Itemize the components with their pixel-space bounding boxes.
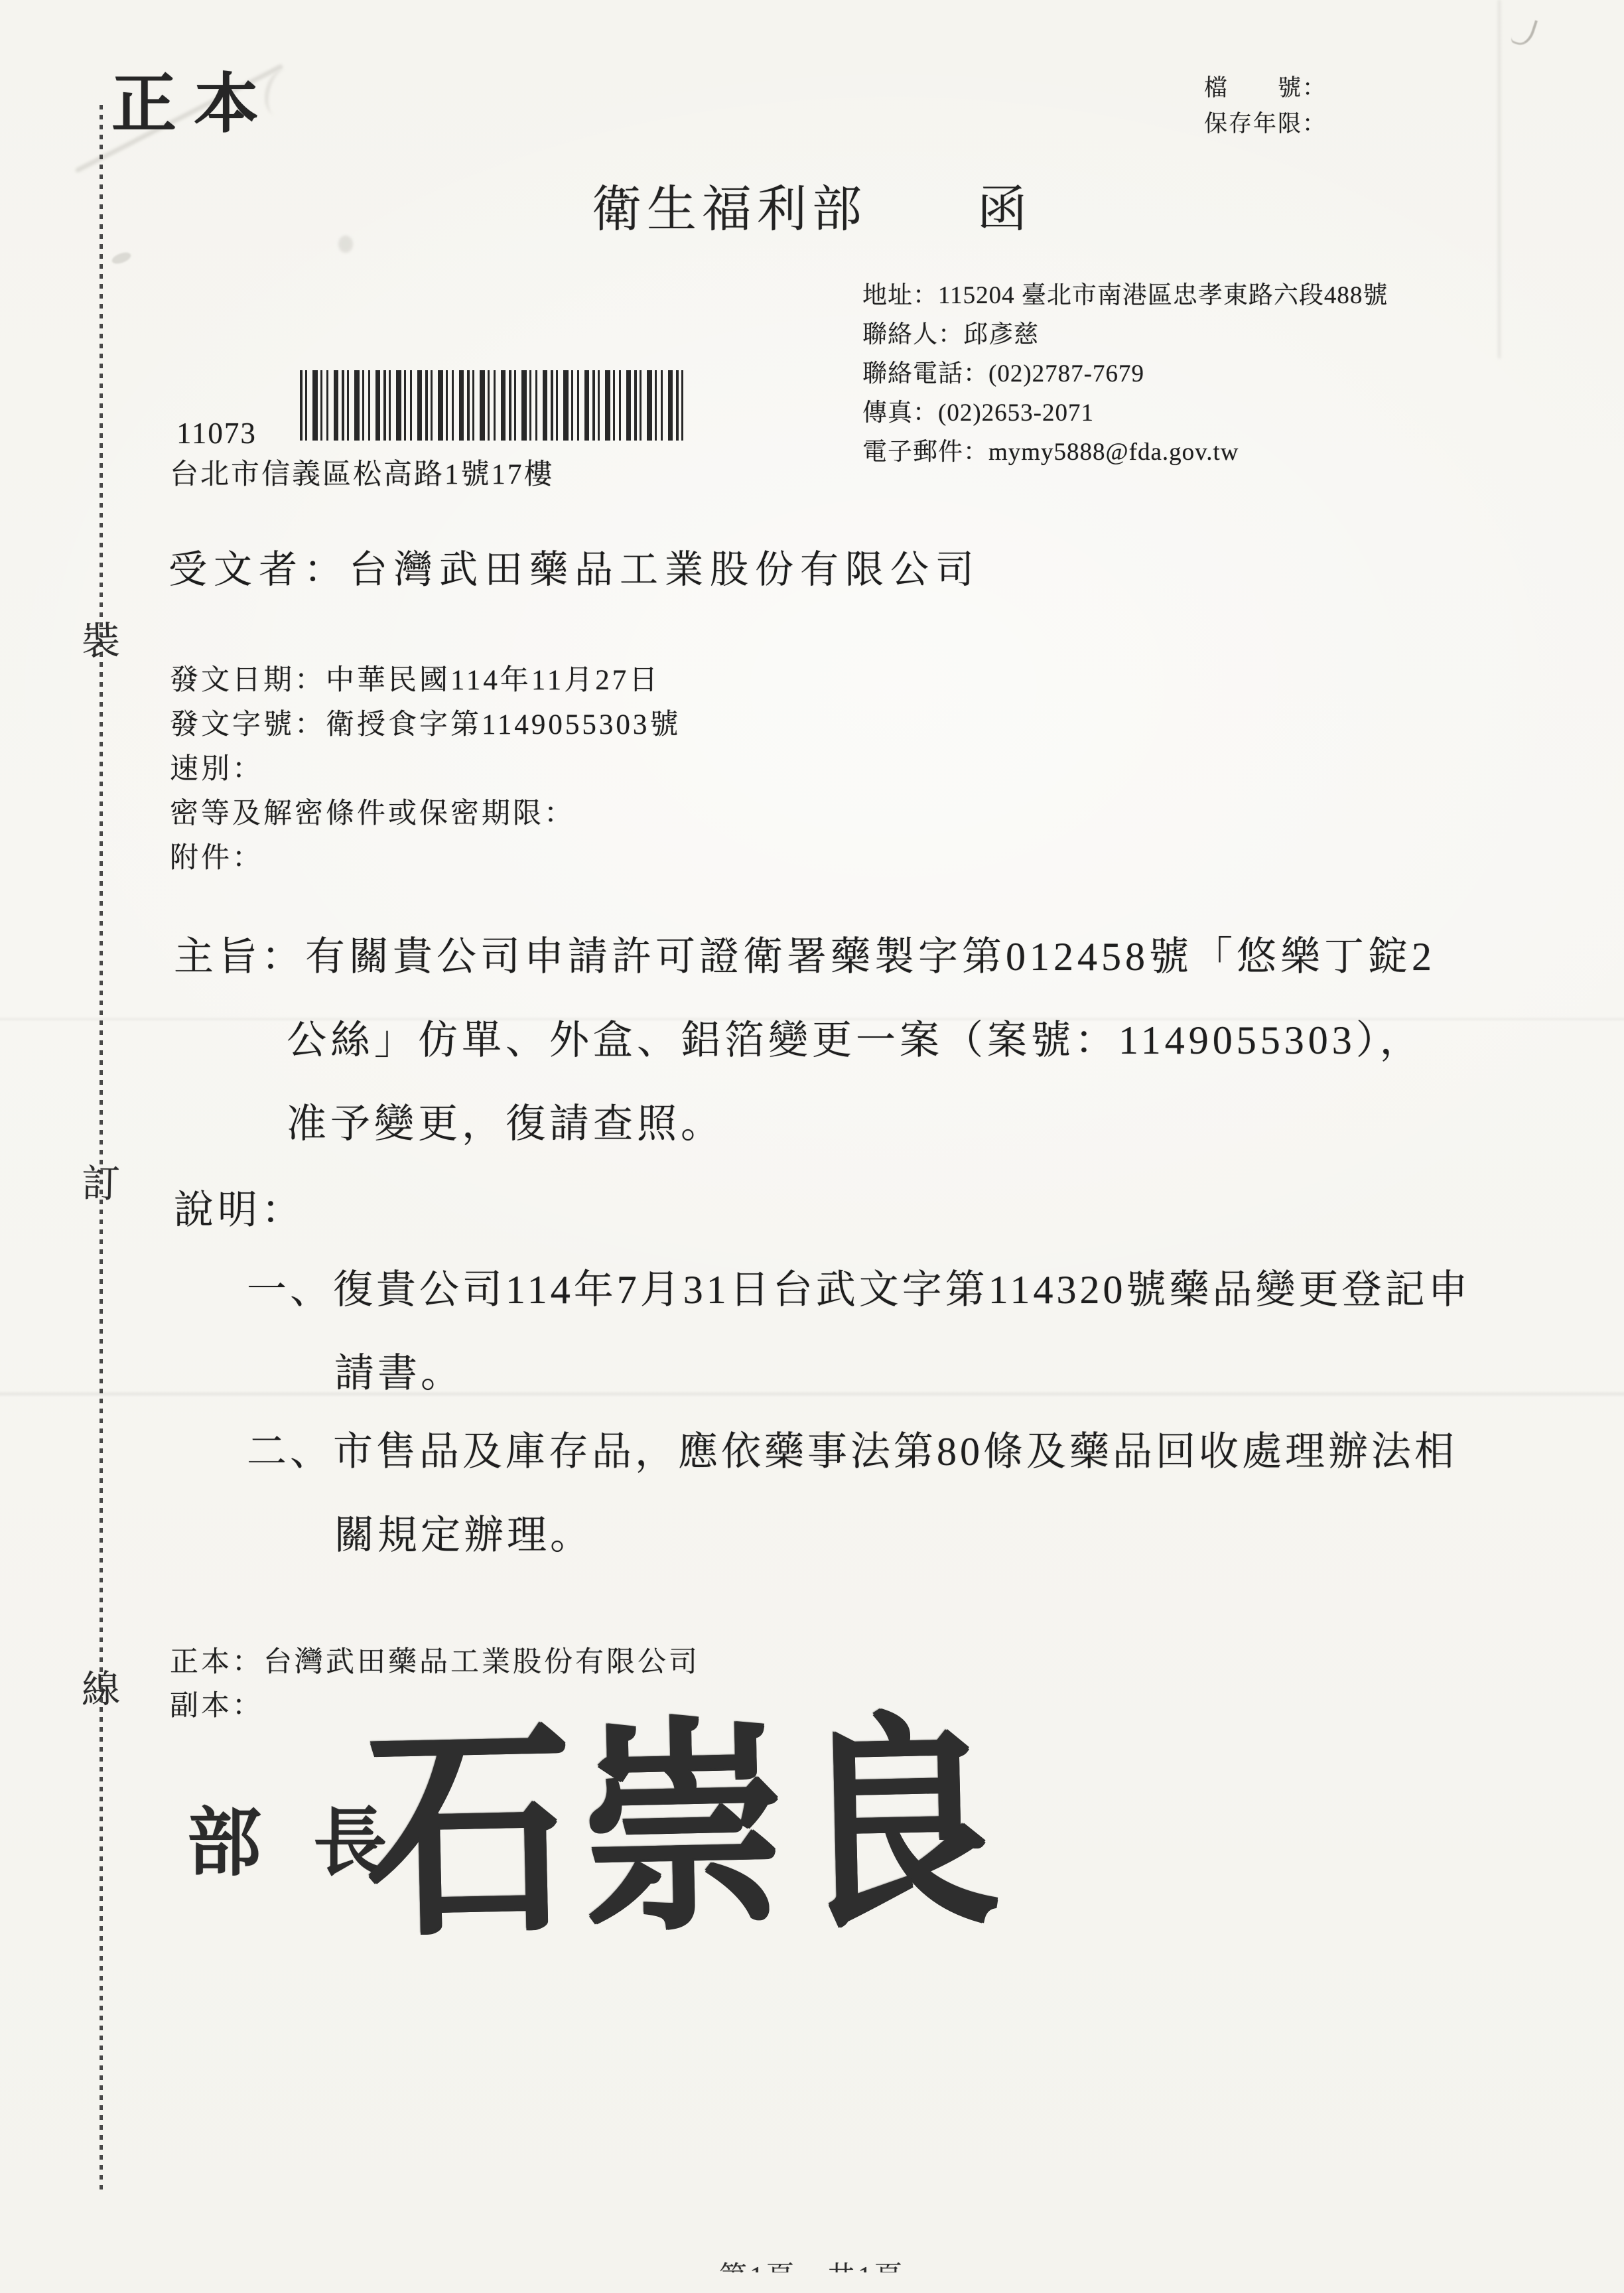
contact-email: 電子郵件：mymy5888@fda.gov.tw <box>862 439 1239 466</box>
explanation-item2-line1: 二、市售品及庫存品，應依藥事法第80條及藥品回收處理辦法相 <box>247 1428 1457 1476</box>
explanation-item1-line1: 一、復貴公司114年7月31日台武文字第114320號藥品變更登記申 <box>247 1266 1471 1314</box>
page-number: 第1頁 共1頁 <box>719 2262 905 2272</box>
file-number-block: 檔 號：保存年限： <box>1204 70 1327 142</box>
paper-fold-shadow <box>1498 0 1501 358</box>
postal-code: 11073 <box>176 415 257 451</box>
file-number-label: 檔 號： <box>1204 75 1327 101</box>
explanation-item1-line2: 請書。 <box>334 1350 464 1397</box>
binding-dotted-line <box>100 105 103 2195</box>
explanation-heading: 說明： <box>174 1186 305 1234</box>
page-footer-clipped: 第1頁 共1頁 <box>0 2255 1624 2272</box>
original-copy-stamp: 正本 <box>111 66 276 145</box>
issue-date: 發文日期：中華民國114年11月27日 <box>170 665 660 696</box>
issue-number: 發文字號：衛授食字第1149055303號 <box>170 709 681 740</box>
agency-address: 地址：115204 臺北市南港區忠孝東路六段488號 <box>862 282 1388 309</box>
contact-phone: 聯絡電話：(02)2787-7679 <box>862 360 1144 387</box>
distribution-original: 正本：台灣武田藥品工業股份有限公司 <box>170 1645 700 1680</box>
attachment-label: 附件： <box>170 843 263 874</box>
binding-char-zhuang: 裝 <box>81 618 121 665</box>
document-title: 衛生福利部 函 <box>0 180 1624 240</box>
recipient-line: 受文者：台灣武田藥品工業股份有限公司 <box>169 547 981 593</box>
paper-crease <box>0 1391 1624 1397</box>
secrecy-class: 密等及解密條件或保密期限： <box>170 798 575 829</box>
recipient-mailing-address: 台北市信義區松高路1號17樓 <box>170 458 555 492</box>
binding-char-xian: 線 <box>81 1666 120 1713</box>
contact-fax: 傳真：(02)2653-2071 <box>862 399 1094 427</box>
speed-class: 速別： <box>170 754 263 785</box>
mailing-barcode <box>300 370 686 441</box>
retention-period-label: 保存年限： <box>1204 111 1327 137</box>
scanned-official-letter: 裝 訂 線 正本 檔 號：保存年限： 衛生福利部 函 地址：115204 臺北市… <box>0 0 1624 2293</box>
minister-signature: 石崇良 <box>364 1689 1010 1973</box>
subject-line-1: 主旨：有關貴公司申請許可證衛署藥製字第012458號「悠樂丁錠2 <box>174 933 1436 981</box>
explanation-item2-line2: 關規定辦理。 <box>334 1511 593 1559</box>
binding-char-ding: 訂 <box>81 1160 120 1208</box>
scan-smudge <box>111 250 133 265</box>
subject-line-2: 公絲」仿單、外盒、鋁箔變更一案（案號：1149055303）， <box>287 1016 1424 1064</box>
distribution-copy: 副本： <box>170 1689 263 1724</box>
document-meta-block: 發文日期：中華民國114年11月27日發文字號：衛授食字第1149055303號… <box>170 658 681 880</box>
contact-person: 聯絡人：邱彥慈 <box>862 321 1039 348</box>
pencil-mark <box>1510 15 1538 48</box>
subject-line-3: 准予變更，復請查照。 <box>287 1100 724 1148</box>
agency-contact-block: 地址：115204 臺北市南港區忠孝東路六段488號聯絡人：邱彥慈聯絡電話：(0… <box>862 276 1388 472</box>
